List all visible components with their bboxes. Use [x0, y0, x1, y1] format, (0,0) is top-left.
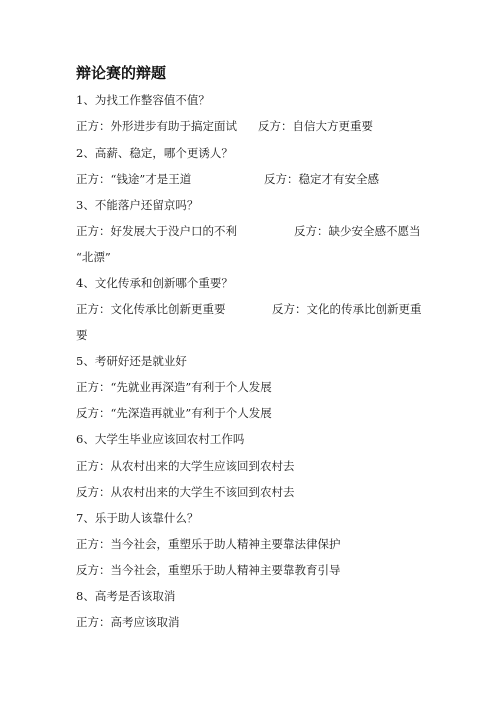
- topic-2-con: 反方：稳定才有安全感: [264, 171, 379, 187]
- topic-8-question: 8、高考是否该取消: [76, 588, 175, 604]
- topic-8-pro: 正方：高考应该取消: [76, 614, 180, 630]
- topic-5-question: 5、考研好还是就业好: [76, 353, 187, 369]
- topic-4-pro: 正方：文化传承比创新更重要: [76, 301, 226, 317]
- topic-2-question: 2、高薪、稳定，哪个更诱人？: [76, 145, 233, 161]
- document-page: 辩论赛的辩题 1、为找工作整容值不值？ 正方：外形进步有助于搞定面试 反方：自信…: [0, 0, 500, 707]
- topic-2-pro: 正方：“钱途”才是王道: [76, 171, 191, 187]
- topic-1-pro: 正方：外形进步有助于搞定面试: [76, 118, 237, 134]
- topic-7-pro: 正方：当今社会，重塑乐于助人精神主要靠法律保护: [76, 536, 341, 552]
- topic-5-con: 反方：“先深造再就业”有利于个人发展: [76, 405, 272, 421]
- topic-6-pro: 正方：从农村出来的大学生应该回到农村去: [76, 458, 295, 474]
- topic-1-con: 反方：自信大方更重要: [258, 118, 373, 134]
- topic-3-con-wrap: “北漂”: [76, 249, 111, 265]
- topic-6-con: 反方：从农村出来的大学生不该回到农村去: [76, 484, 295, 500]
- topic-3-con: 反方：缺少安全感不愿当: [294, 223, 421, 239]
- topic-6-question: 6、大学生毕业应该回农村工作吗: [76, 431, 244, 447]
- topic-3-question: 3、不能落户还留京吗？: [76, 197, 198, 213]
- topic-1-question: 1、为找工作整容值不值？: [76, 92, 210, 108]
- topic-7-con: 反方：当今社会，重塑乐于助人精神主要靠教育引导: [76, 562, 341, 578]
- topic-4-con-wrap: 要: [76, 327, 88, 343]
- document-title: 辩论赛的辩题: [76, 64, 166, 82]
- topic-3-pro: 正方：好发展大于没户口的不利: [76, 223, 237, 239]
- topic-4-question: 4、文化传承和创新哪个重要？: [76, 275, 233, 291]
- topic-5-pro: 正方：“先就业再深造”有利于个人发展: [76, 379, 272, 395]
- topic-4-con: 反方：文化的传承比创新更重: [272, 301, 422, 317]
- topic-7-question: 7、乐于助人该靠什么？: [76, 510, 198, 526]
